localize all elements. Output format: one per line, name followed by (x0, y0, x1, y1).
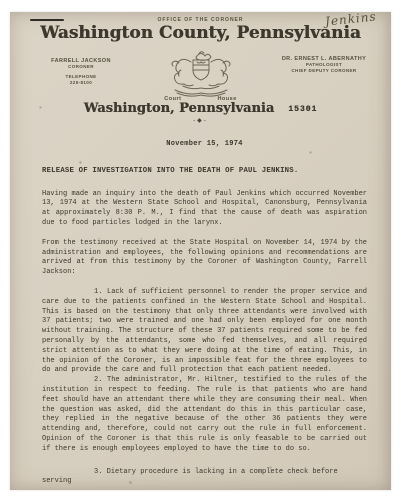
paper-speckles (10, 12, 11, 13)
telephone-number: 225-8100 (36, 80, 126, 86)
city-state-text: Washington, Pennsylvania (84, 101, 275, 116)
letterhead-title: Washington County, Pennsylvania (10, 23, 391, 43)
ornament-divider-icon: -◆- (10, 117, 391, 124)
letter-subject: RELEASE OF INVESTIGATION INTO THE DEATH … (42, 167, 367, 177)
city-state-line: Washington, Pennsylvania15301 (10, 101, 391, 116)
letterhead-address: Court House Washington, Pennsylvania1530… (10, 96, 391, 124)
coroner-contact-block: FARRELL JACKSON CORONER TELEPHONE 225-81… (36, 58, 126, 86)
paragraph-inquiry: Having made an inquiry into the death of… (42, 190, 367, 229)
paragraph-testimony: From the testimony received at the State… (42, 239, 367, 278)
deputy-coroner-block: DR. ERNEST L. ABERNATHY PATHOLOGIST CHIE… (269, 56, 379, 74)
finding-item-2: 2. The administrator, Mr. Hiltner, testi… (42, 376, 367, 454)
zip-code: 15301 (288, 105, 317, 114)
finding-item-1: 1. Lack of sufficient personnel to rende… (42, 288, 367, 376)
finding-item-3: 3. Dietary procedure is lacking in a com… (42, 468, 367, 488)
letter-date: November 15, 1974 (42, 140, 367, 150)
deputy-subtitle: CHIEF DEPUTY CORONER (269, 68, 379, 74)
scanned-letter-page: OFFICE OF THE CORONER Jenkins Washington… (10, 12, 391, 490)
letter-body: November 15, 1974 RELEASE OF INVESTIGATI… (42, 140, 367, 487)
